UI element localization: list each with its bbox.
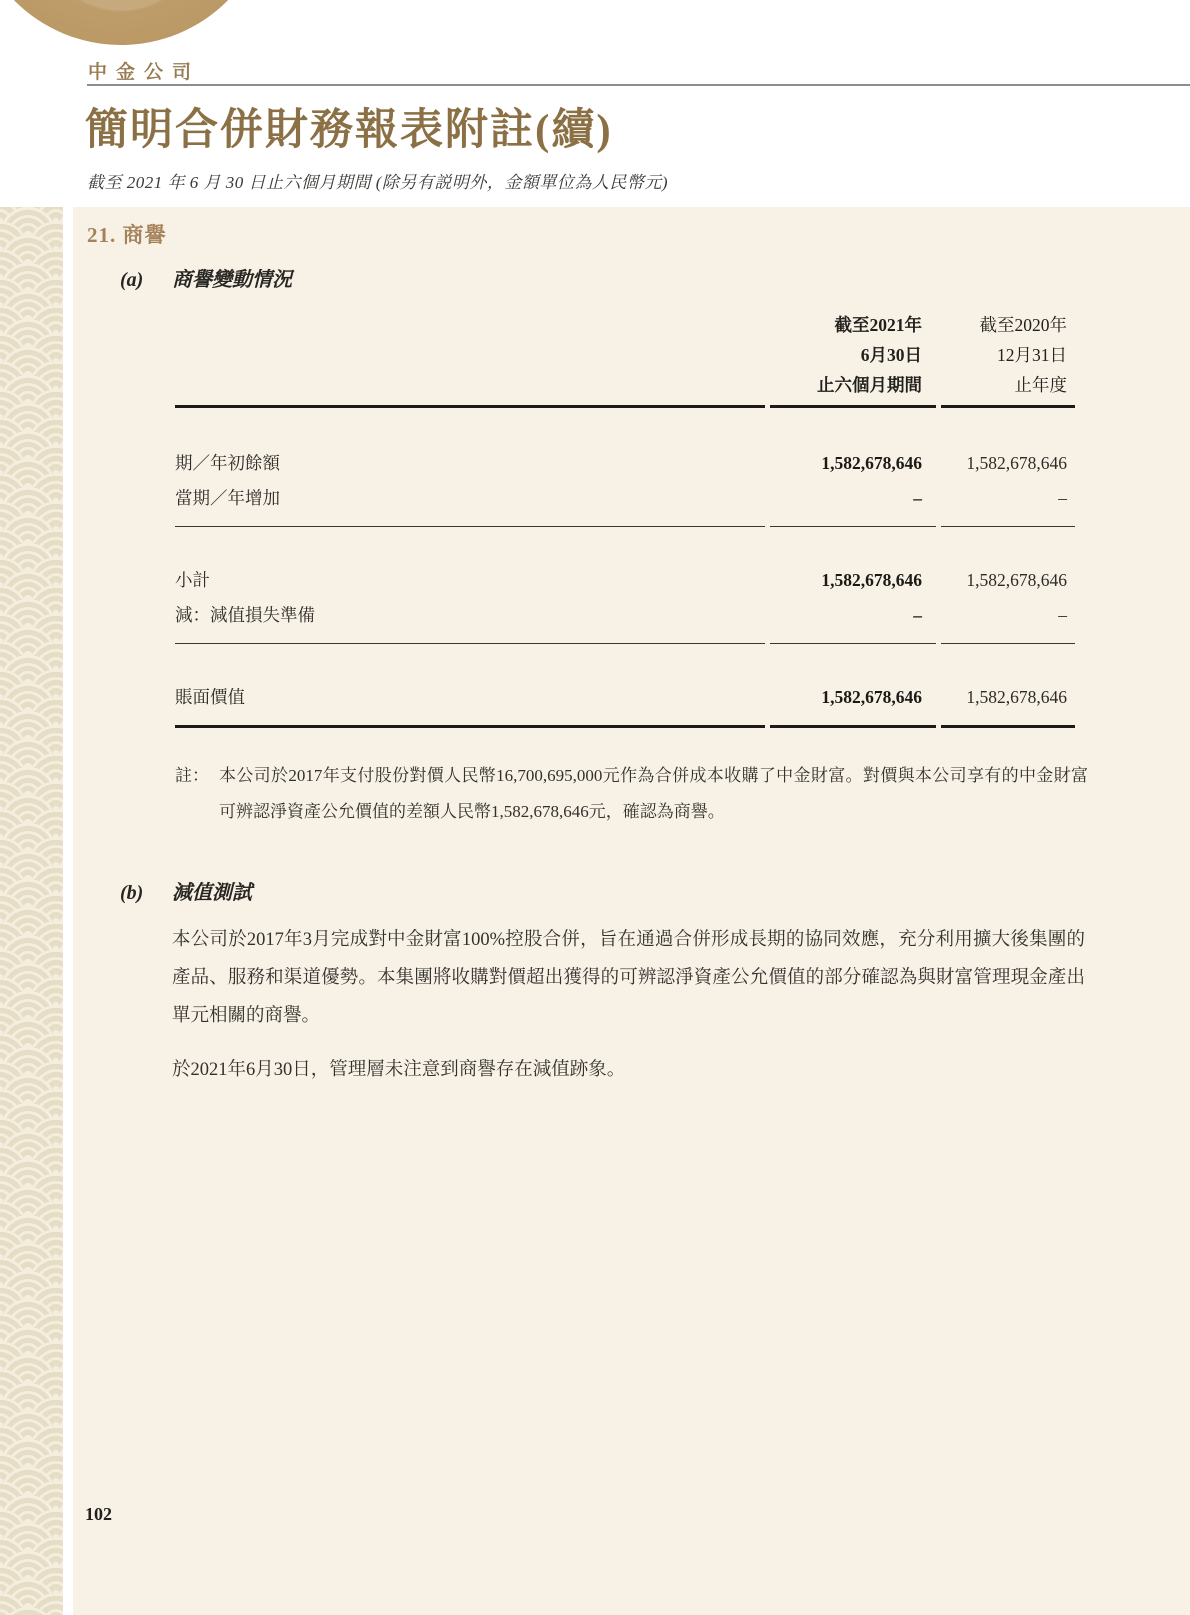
company-name: 中金公司 [88,57,200,84]
impairment-paragraph-1: 本公司於2017年3月完成對中金財富100%控股合併，旨在通過合併形成長期的協同… [172,921,1085,1035]
table-rule-bottom [175,725,765,728]
table-value-2021: 1,582,678,646 [770,408,936,481]
page-title: 簡明合併財務報表附註(續) [85,96,613,157]
table-row: 期／年初餘額 [175,408,765,481]
table-value-2021: 1,582,678,646 [770,527,936,598]
table-value-2020: 1,582,678,646 [941,408,1075,481]
table-row: 賬面價值 [175,644,765,715]
table-value-2020: – [941,481,1075,516]
header-divider [87,84,1190,86]
footnote-label: 註： [175,758,219,830]
section-number: 21. [87,223,116,247]
subsection-b-title: 減值測試 [172,882,252,904]
table-header-2021: 截至2021年 6月30日 止六個月期間 [770,310,936,404]
page-subtitle: 截至 2021 年 6 月 30 日止六個月期間 (除另有説明外，金額單位為人民… [87,168,668,193]
subsection-b-heading: (b)減值測試 [120,876,1190,905]
subsection-b-label: (b) [120,882,172,905]
page-header: 中金公司 簡明合併財務報表附註(續) 截至 2021 年 6 月 30 日止六個… [0,0,1190,207]
table-value-2020: – [941,598,1075,633]
page-number: 102 [85,1504,112,1525]
goodwill-table: 截至2021年 6月30日 止六個月期間 截至2020年 12月31日 止年度 … [175,310,1075,728]
table-footnote: 註： 本公司於2017年支付股份對價人民幣16,700,695,000元作為合併… [175,758,1090,830]
table-header-empty [175,310,765,404]
table-value-2020: 1,582,678,646 [941,644,1075,715]
table-value-2020: 1,582,678,646 [941,527,1075,598]
table-header-2020: 截至2020年 12月31日 止年度 [941,310,1075,404]
section-heading: 21. 商譽 [87,219,1190,249]
table-row: 小計 [175,527,765,598]
section-title: 商譽 [123,223,167,247]
table-value-2021: – [770,598,936,633]
footnote-text: 本公司於2017年支付股份對價人民幣16,700,695,000元作為合併成本收… [219,758,1088,830]
subsection-a-heading: (a)商譽變動情況 [120,263,1190,292]
table-value-2021: 1,582,678,646 [770,644,936,715]
impairment-paragraph-2: 於2021年6月30日，管理層未注意到商譽存在減值跡象。 [172,1051,1085,1089]
table-value-2021: – [770,481,936,516]
company-logo-circle [0,0,271,45]
content-panel: 21. 商譽 (a)商譽變動情況 截至2021年 6月30日 止六個月期間 截至… [73,207,1190,1615]
subsection-a-label: (a) [120,269,172,292]
report-page: 中金公司 簡明合併財務報表附註(續) 截至 2021 年 6 月 30 日止六個… [0,0,1190,1615]
seigaiha-pattern-strip [0,207,63,1615]
table-row: 當期／年增加 [175,481,765,516]
table-row: 減：減值損失準備 [175,598,765,633]
subsection-a-title: 商譽變動情況 [172,269,292,291]
